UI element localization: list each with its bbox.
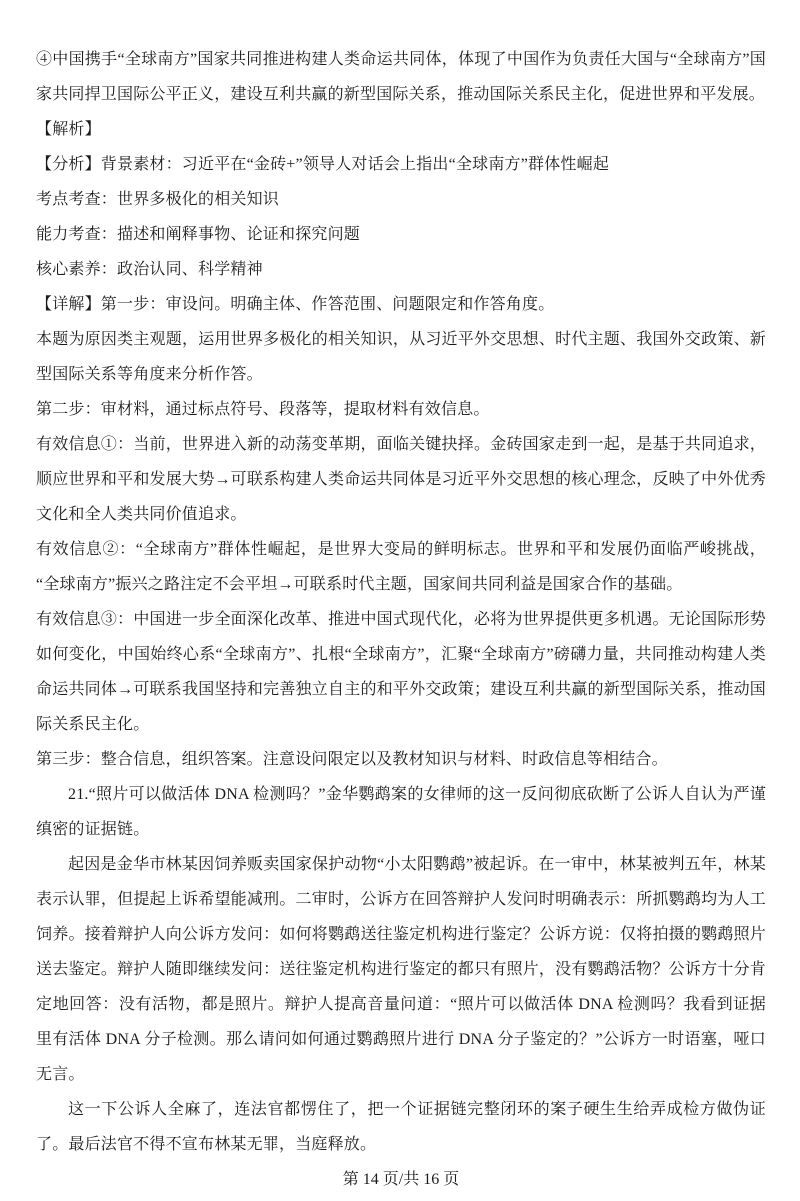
page-number: 第 14 页/共 16 页: [36, 1162, 766, 1197]
paragraph: 【分析】背景素材：习近平在“金砖+”领导人对话会上指出“全球南方”群体性崛起: [36, 147, 766, 182]
paragraph: 21.“照片可以做活体 DNA 检测吗？”金华鹦鹉案的女律师的这一反问彻底砍断了…: [36, 777, 766, 847]
document-body: ④中国携手“全球南方”国家共同推进构建人类命运共同体，体现了中国作为负责任大国与…: [36, 42, 766, 1162]
paragraph: ④中国携手“全球南方”国家共同推进构建人类命运共同体，体现了中国作为负责任大国与…: [36, 42, 766, 112]
paragraph: 第三步：整合信息，组织答案。注意设问限定以及教材知识与材料、时政信息等相结合。: [36, 742, 766, 777]
paragraph: 核心素养：政治认同、科学精神: [36, 252, 766, 287]
paragraph: 起因是金华市林某因饲养贩卖国家保护动物“小太阳鹦鹉”被起诉。在一审中，林某被判五…: [36, 847, 766, 1092]
document-page: ④中国携手“全球南方”国家共同推进构建人类命运共同体，体现了中国作为负责任大国与…: [0, 0, 800, 1201]
paragraph: 考点考查：世界多极化的相关知识: [36, 182, 766, 217]
paragraph: 有效信息①：当前，世界进入新的动荡变革期，面临关键抉择。金砖国家走到一起，是基于…: [36, 427, 766, 532]
paragraph: 本题为原因类主观题，运用世界多极化的相关知识，从习近平外交思想、时代主题、我国外…: [36, 322, 766, 392]
paragraph: 能力考查：描述和阐释事物、论证和探究问题: [36, 217, 766, 252]
paragraph: 有效信息③：中国进一步全面深化改革、推进中国式现代化，必将为世界提供更多机遇。无…: [36, 602, 766, 742]
paragraph: 第二步：审材料，通过标点符号、段落等，提取材料有效信息。: [36, 392, 766, 427]
paragraph: 【详解】第一步：审设问。明确主体、作答范围、问题限定和作答角度。: [36, 287, 766, 322]
paragraph: 这一下公诉人全麻了，连法官都愣住了，把一个证据链完整闭环的案子硬生生给弄成检方做…: [36, 1092, 766, 1162]
paragraph: 【解析】: [36, 112, 766, 147]
paragraph: 有效信息②：“全球南方”群体性崛起，是世界大变局的鲜明标志。世界和平和发展仍面临…: [36, 532, 766, 602]
